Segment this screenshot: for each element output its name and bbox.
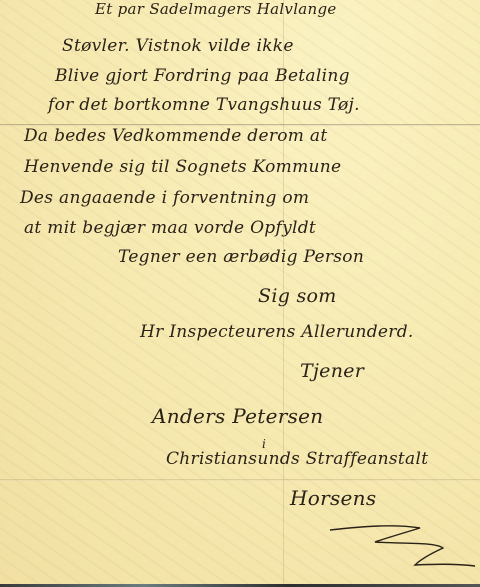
letter-line-1: Et par Sadelmagers Halvlange bbox=[95, 0, 337, 18]
letter-line-5: Da bedes Vedkommende derom at bbox=[24, 126, 327, 146]
letter-page: Et par Sadelmagers Halvlange Støvler. Vi… bbox=[0, 0, 480, 584]
signature-institution: Christiansunds Straffeanstalt bbox=[166, 449, 428, 469]
letter-line-4: for det bortkomne Tvangshuus Tøj. bbox=[48, 95, 360, 115]
letter-line-8: at mit begjær maa vorde Opfyldt bbox=[24, 218, 316, 238]
letter-line-7: Des angaaende i forventning om bbox=[20, 188, 309, 208]
letter-line-2: Støvler. Vistnok vilde ikke bbox=[62, 36, 294, 56]
signature-name: Anders Petersen bbox=[152, 404, 323, 428]
fold-crease-horizontal-lower bbox=[0, 479, 480, 481]
letter-line-3: Blive gjort Fordring paa Betaling bbox=[55, 66, 350, 86]
signature-flourish-icon bbox=[325, 520, 480, 580]
letter-line-9: Tegner een ærbødig Person bbox=[118, 247, 364, 267]
letter-line-10: Sig som bbox=[258, 285, 337, 307]
signature-place: Horsens bbox=[290, 486, 376, 510]
letter-line-6: Henvende sig til Sognets Kommune bbox=[24, 157, 341, 177]
letter-line-12: Tjener bbox=[300, 360, 364, 382]
letter-line-11: Hr Inspecteurens Allerunderd. bbox=[140, 322, 414, 342]
